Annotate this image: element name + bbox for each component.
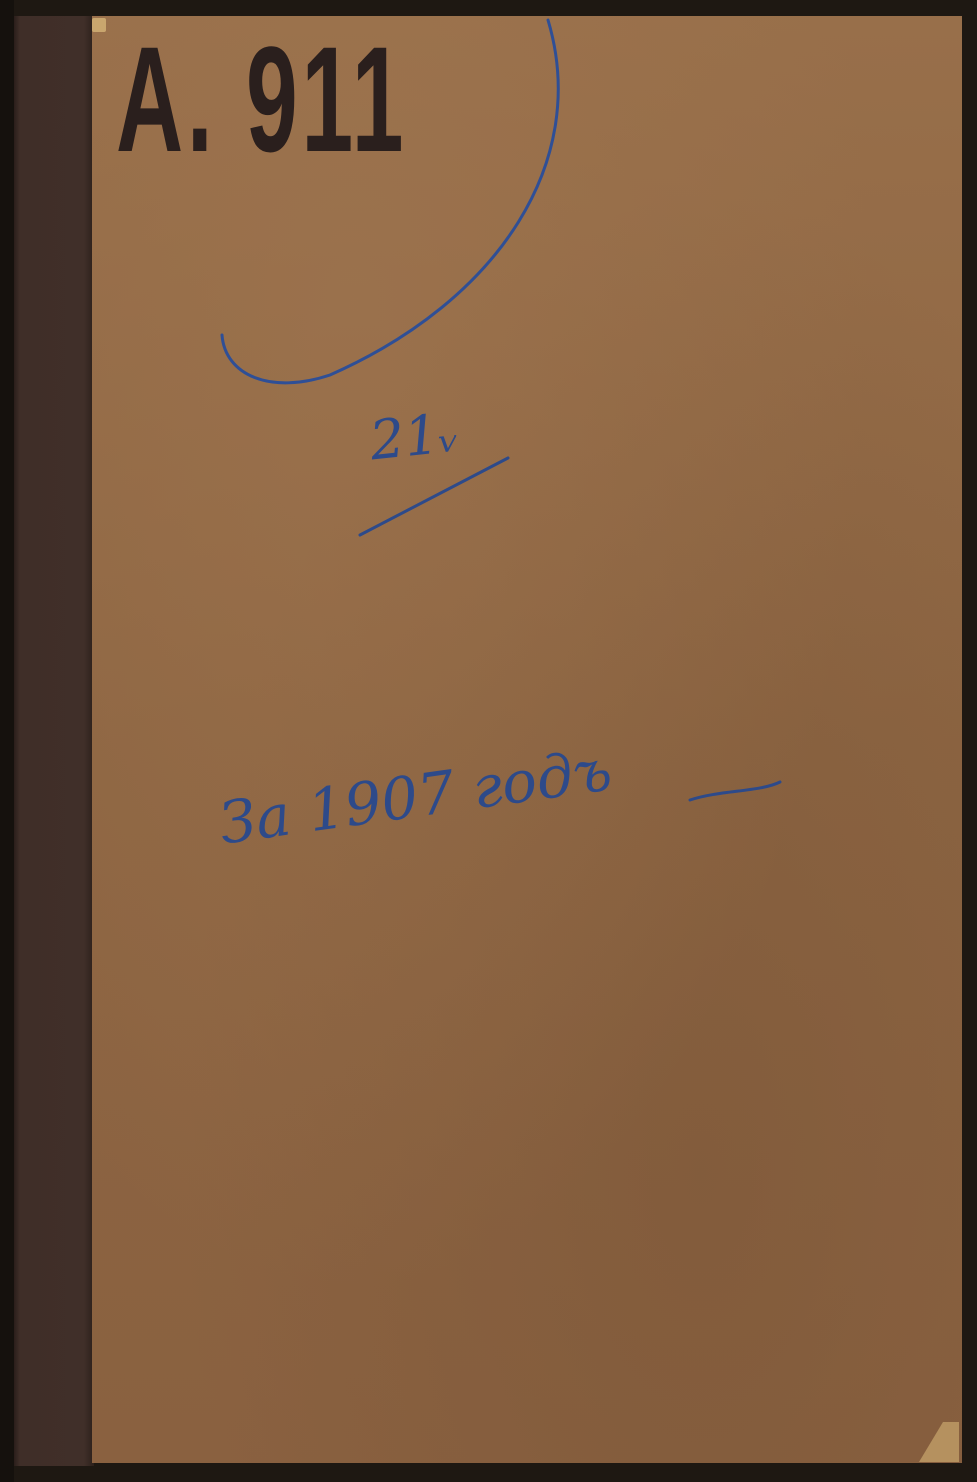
handwritten-file-number: 21ᵥ: [367, 401, 462, 473]
year-flourish-mark: [690, 782, 780, 800]
blue-pencil-marks: [0, 0, 977, 1482]
circle-arc-mark: [222, 20, 558, 383]
